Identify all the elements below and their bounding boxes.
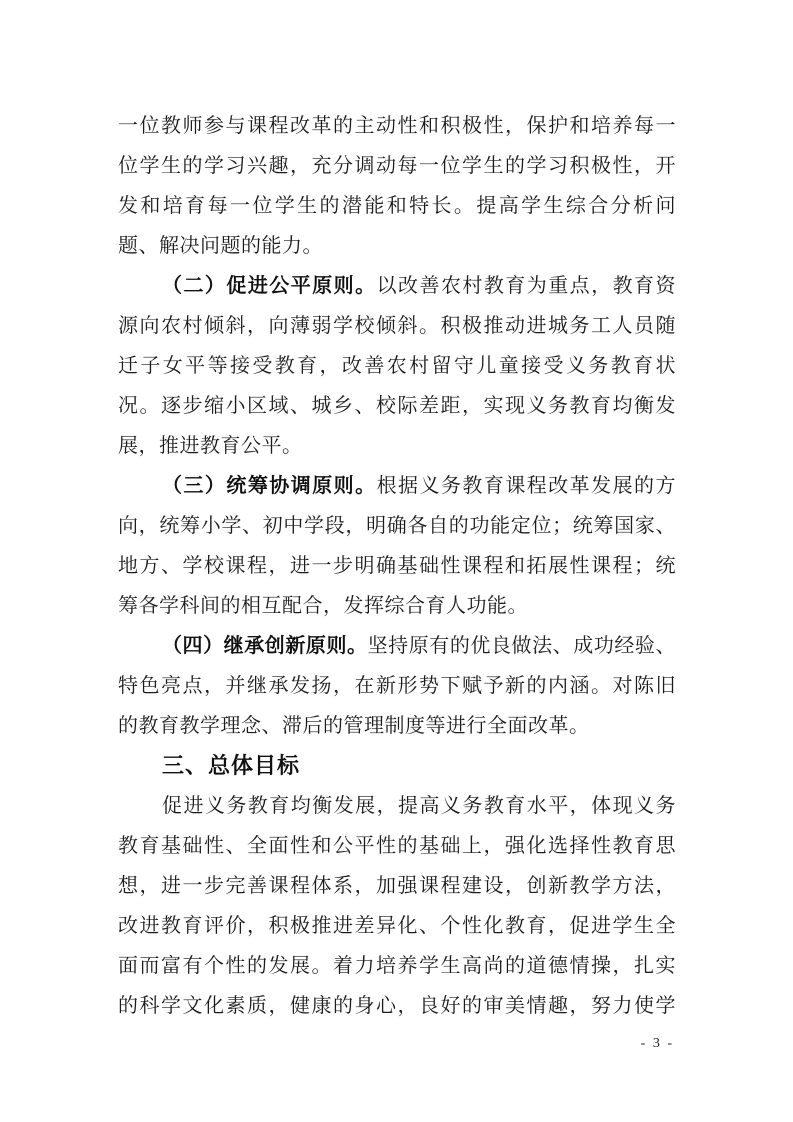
text-line: 改进教育评价，积极推进差异化、个性化教育，促进学生全 (118, 906, 676, 946)
document-page: 一位教师参与课程改革的主动性和积极性，保护和培养每一位学生的学习兴趣，充分调动每… (0, 0, 793, 1122)
text-line: 的科学文化素质，健康的身心，良好的审美情趣，努力使学 (118, 986, 676, 1026)
text-line: 想，进一步完善课程体系，加强课程建设，创新教学方法， (118, 866, 676, 906)
text-line: 位学生的学习兴趣，充分调动每一位学生的学习积极性，开 (118, 146, 676, 186)
text-line: 一位教师参与课程改革的主动性和积极性，保护和培养每一 (118, 106, 676, 146)
text-line: 地方、学校课程，进一步明确基础性课程和拓展性课程；统 (118, 546, 676, 586)
section-heading: 三、总体目标 (118, 746, 676, 786)
text-line: 发和培育每一位学生的潜能和特长。提高学生综合分析问 (118, 186, 676, 226)
text-line: 向，统筹小学、初中学段，明确各自的功能定位；统筹国家、 (118, 506, 676, 546)
text-line: （四）继承创新原则。坚持原有的优良做法、成功经验、 (118, 626, 676, 666)
text-line: （二）促进公平原则。以改善农村教育为重点，教育资 (118, 266, 676, 306)
text-line: 的教育教学理念、滞后的管理制度等进行全面改革。 (118, 706, 676, 746)
document-body: 一位教师参与课程改革的主动性和积极性，保护和培养每一位学生的学习兴趣，充分调动每… (118, 106, 676, 1026)
text-line: 迁子女平等接受教育，改善农村留守儿童接受义务教育状 (118, 346, 676, 386)
text-line: 教育基础性、全面性和公平性的基础上，强化选择性教育思 (118, 826, 676, 866)
text-line: 促进义务教育均衡发展，提高义务教育水平，体现义务 (118, 786, 676, 826)
text-line: 面而富有个性的发展。着力培养学生高尚的道德情操，扎实 (118, 946, 676, 986)
text-line: 筹各学科间的相互配合，发挥综合育人功能。 (118, 586, 676, 626)
page-number: - 3 - (641, 1036, 674, 1052)
text-line: 展，推进教育公平。 (118, 426, 676, 466)
text-line: 题、解决问题的能力。 (118, 226, 676, 266)
paragraph-bold-lead: （三）统筹协调原则。 (162, 475, 377, 497)
text-line: 特色亮点，并继承发扬，在新形势下赋予新的内涵。对陈旧 (118, 666, 676, 706)
text-line: （三）统筹协调原则。根据义务教育课程改革发展的方 (118, 466, 676, 506)
text-line: 源向农村倾斜，向薄弱学校倾斜。积极推动进城务工人员随 (118, 306, 676, 346)
paragraph-bold-lead: （二）促进公平原则。 (162, 275, 377, 297)
paragraph-bold-lead: （四）继承创新原则。 (162, 635, 368, 657)
text-line: 况。逐步缩小区域、城乡、校际差距，实现义务教育均衡发 (118, 386, 676, 426)
